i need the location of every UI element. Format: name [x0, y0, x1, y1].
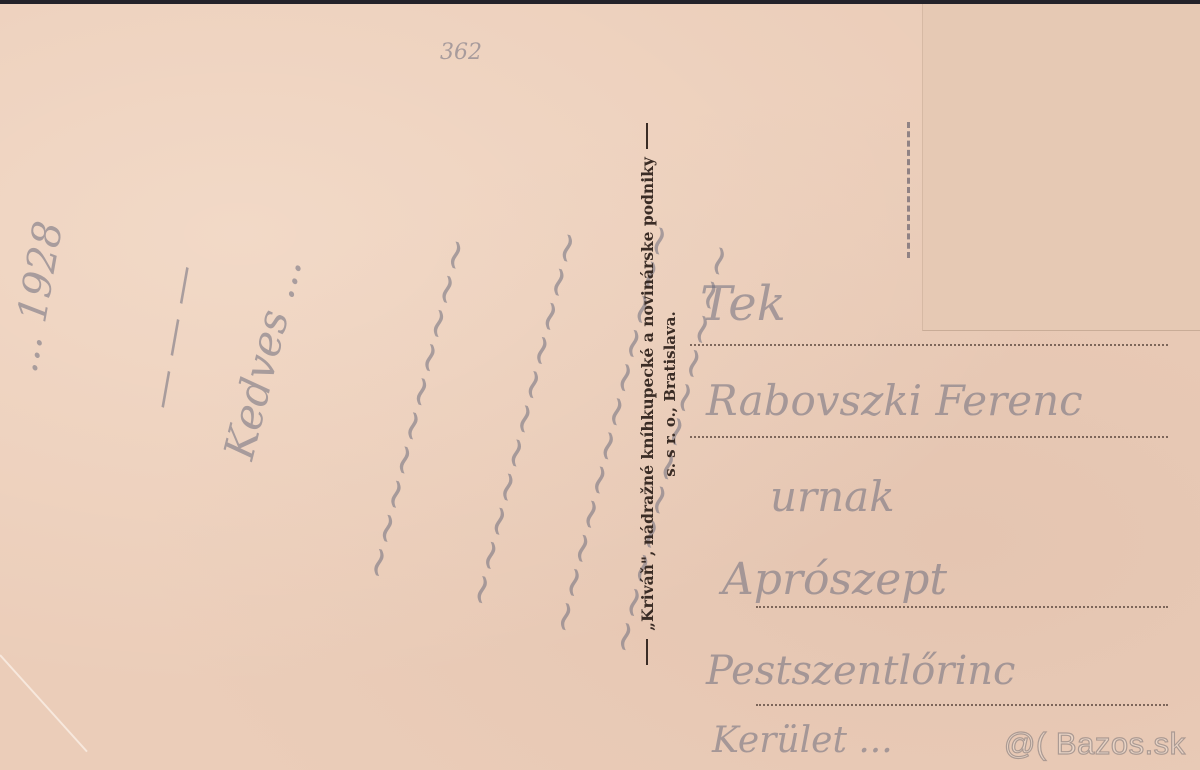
handwritten-address: Aprószept [722, 554, 947, 605]
handwritten-message-line: ~~~~~~~~~~ [350, 232, 483, 585]
postcard-back: 362 ... 1928 — — — Kedves ... ~~~~~~~~~~… [0, 4, 1200, 770]
stamp-area [922, 4, 1200, 331]
postmark-fragment [907, 122, 924, 258]
imprint-dash [646, 123, 648, 149]
publisher-name: „Kriváň", nádražné kníhkupecké a novinár… [638, 157, 657, 631]
address-line-2 [690, 436, 1168, 438]
handwritten-address: urnak [770, 472, 895, 521]
imprint-dash [646, 639, 648, 665]
handwritten-address: Pestszentlőrinc [706, 648, 1015, 694]
handwritten-address: Tek [700, 276, 786, 332]
address-line-1 [690, 344, 1168, 346]
pencil-note-number: 362 [440, 40, 482, 65]
bazos-watermark: @( Bazos.sk [1004, 726, 1186, 762]
publisher-imprint: „Kriváň", nádražné kníhkupecké a novinár… [628, 84, 688, 704]
handwritten-address: Rabovszki Ferenc [706, 376, 1083, 425]
handwritten-message-line: ... 1928 [0, 218, 72, 376]
handwritten-message-line: — — — [137, 261, 208, 412]
address-line-3 [756, 606, 1168, 608]
handwritten-message-line: Kedves ... [214, 253, 311, 464]
paper-crease [0, 654, 88, 752]
publisher-location: s. s r. o., Bratislava. [661, 311, 679, 476]
address-line-4 [756, 704, 1168, 706]
handwritten-address: Kerület ... [712, 720, 893, 761]
